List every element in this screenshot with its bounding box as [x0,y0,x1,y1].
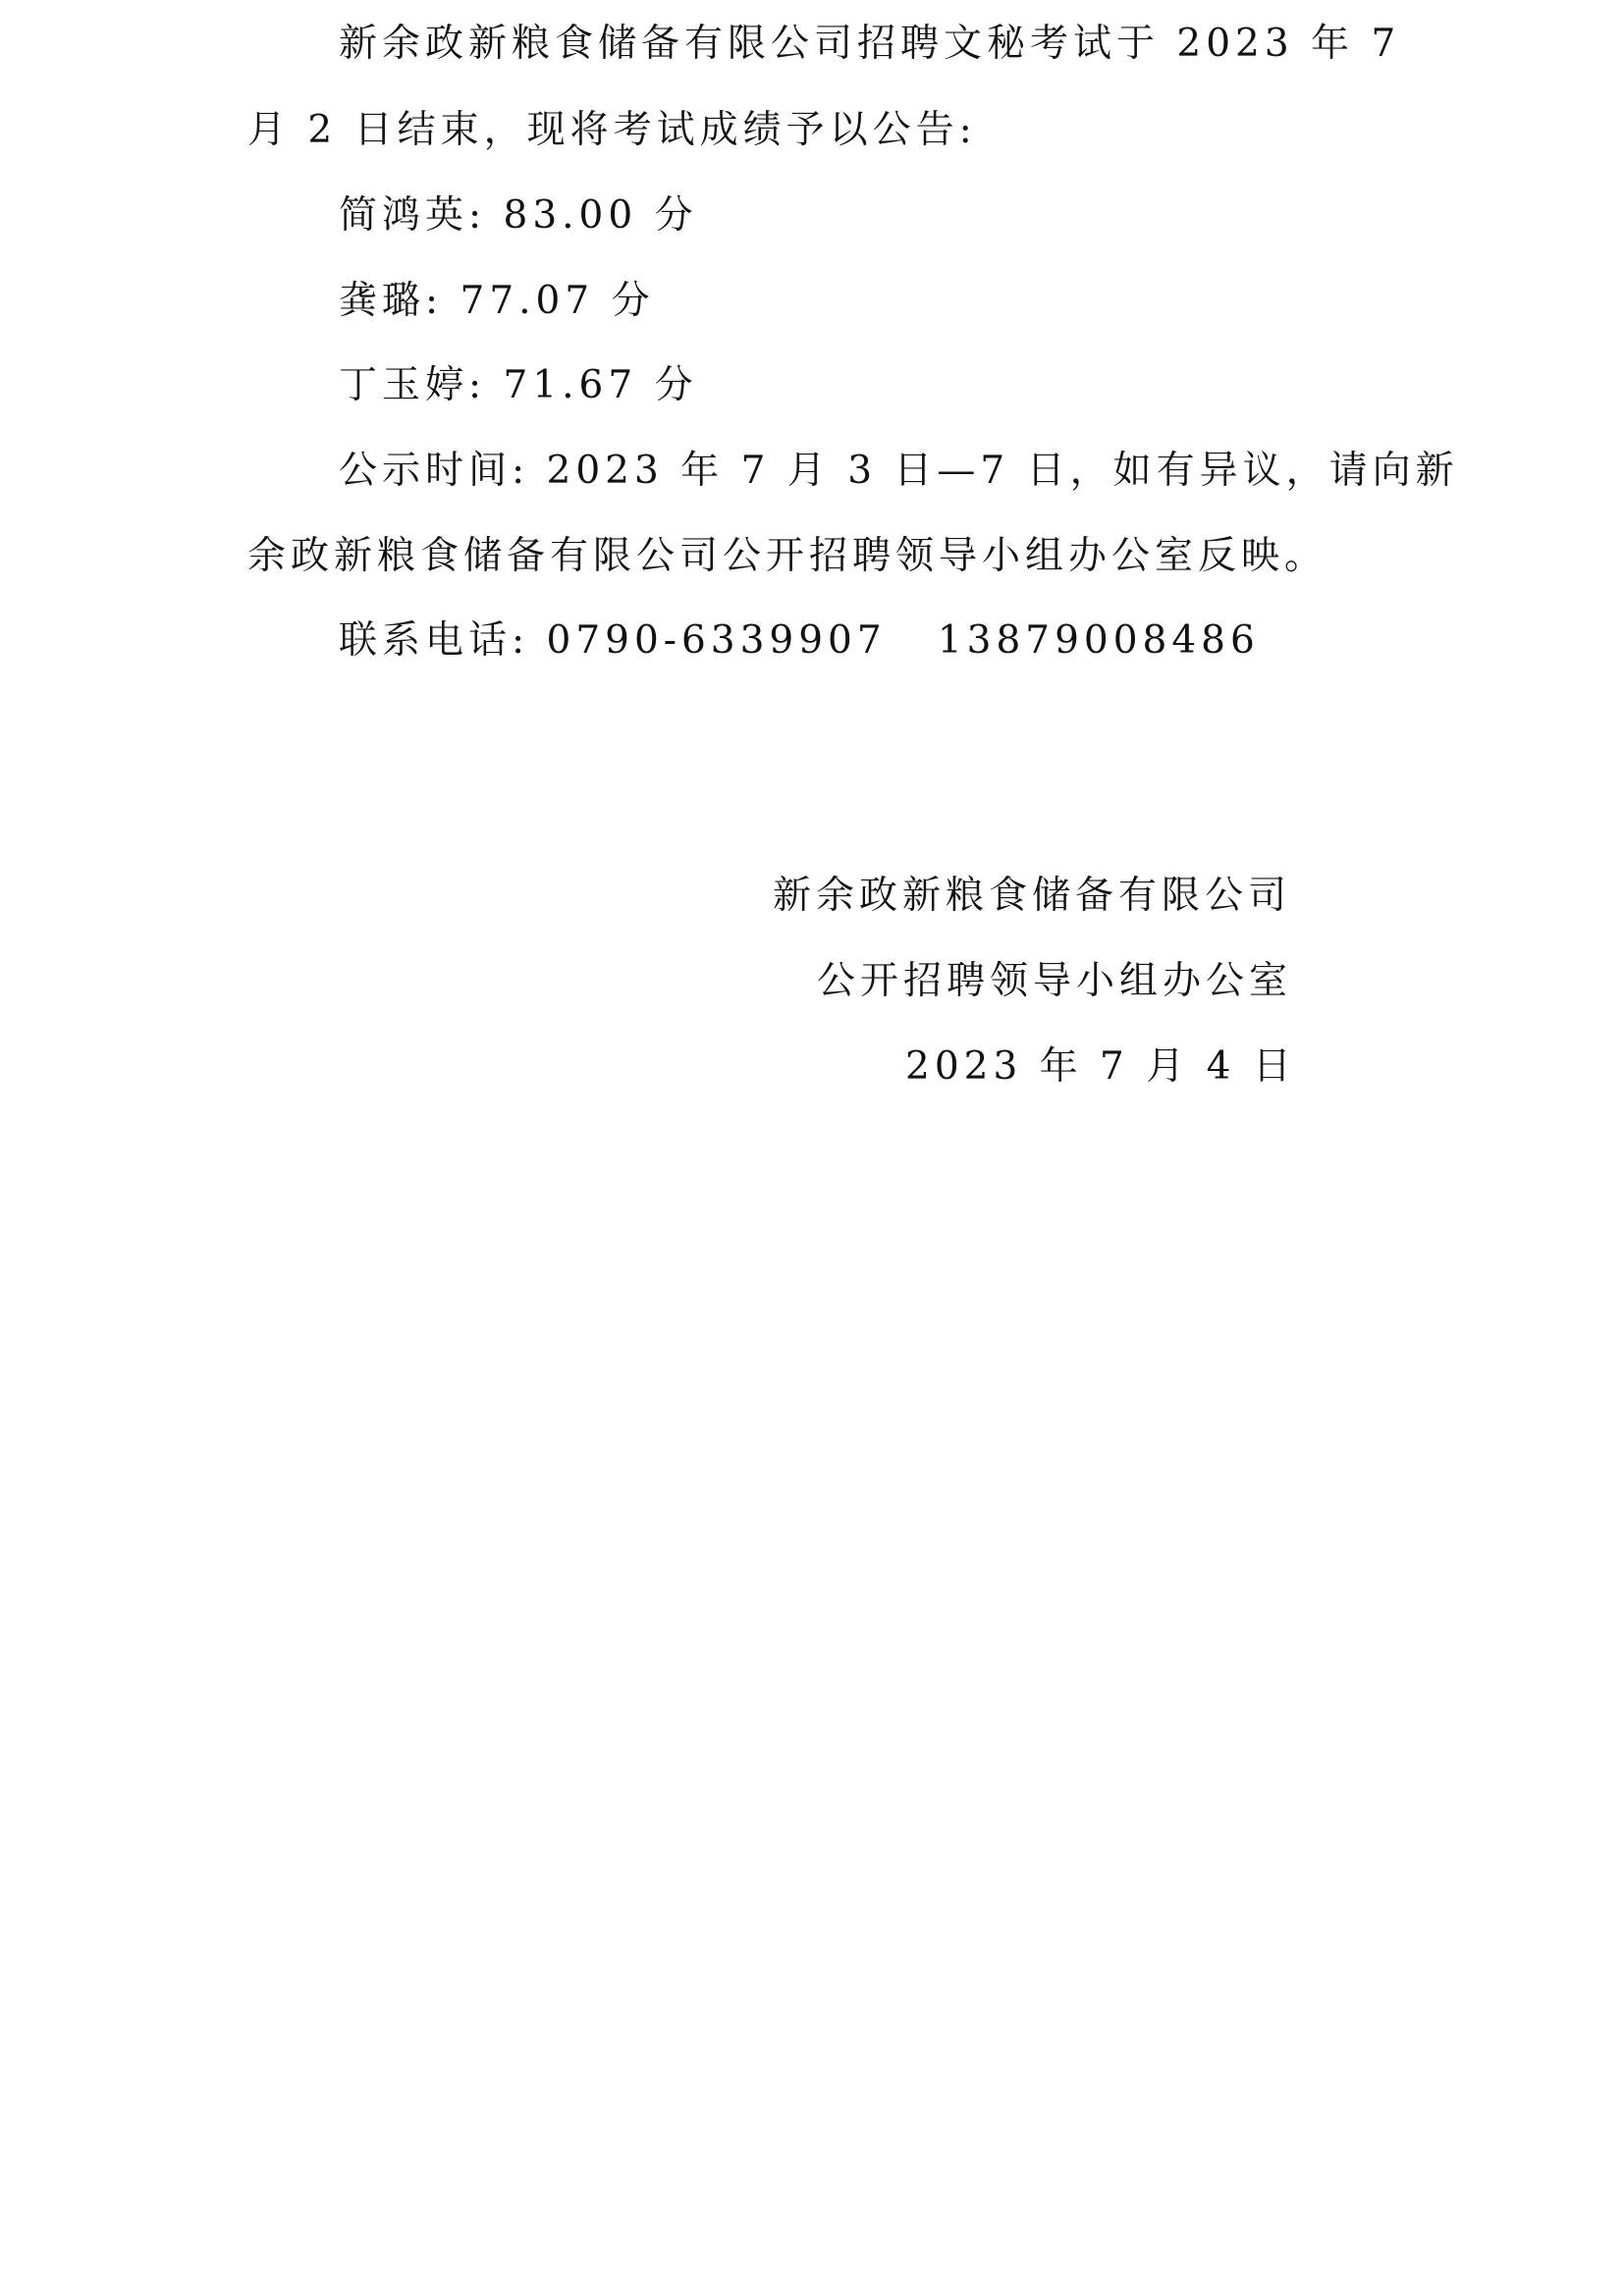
signature-company: 新余政新粮食储备有限公司 [773,867,1291,926]
intro-line-1: 新余政新粮食储备有限公司招聘文秘考试于 2023 年 7 [339,15,1400,74]
result-line: 简鸿英: 83.00 分 [339,187,698,245]
publicity-line-1: 公示时间: 2023 年 7 月 3 日—7 日，如有异议，请向新 [339,442,1459,501]
signature-office: 公开招聘领导小组办公室 [817,952,1292,1011]
publicity-line-2: 余政新粮食储备有限公司公开招聘领导小组办公室反映。 [247,527,1327,586]
contact-line: 联系电话: 0790-6339907 13879008486 [339,612,1260,670]
result-line: 龚璐: 77.07 分 [339,272,655,331]
intro-line-2: 月 2 日结束，现将考试成绩予以公告: [247,101,977,160]
signature-date: 2023 年 7 月 4 日 [905,1038,1296,1096]
result-line: 丁玉婷: 71.67 分 [339,356,698,415]
